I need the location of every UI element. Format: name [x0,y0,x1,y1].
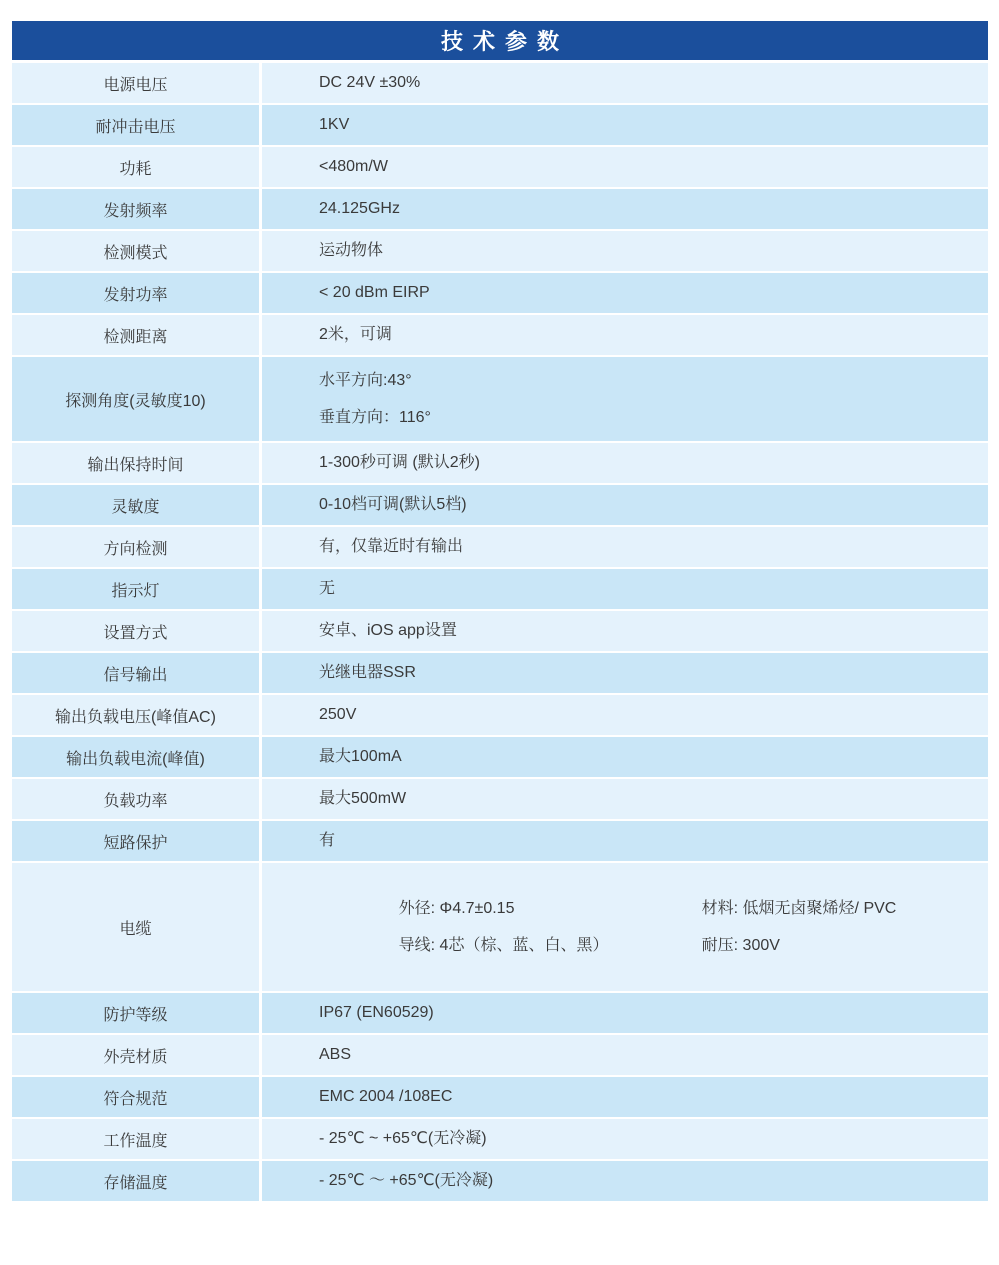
spec-row: 方向检测有，仅靠近时有输出 [12,527,988,569]
spec-value-line: 导线: 4芯（棕、蓝、白、黑） [399,936,702,956]
spec-value: 有 [262,821,988,861]
spec-label: 短路保护 [12,821,262,861]
spec-value: EMC 2004 /108EC [262,1077,988,1117]
spec-row: 符合规范EMC 2004 /108EC [12,1077,988,1119]
spec-row: 检测距离2米，可调 [12,315,988,357]
spec-label: 存储温度 [12,1161,262,1201]
spec-value-line: ABS [319,1045,976,1065]
spec-value-line: 垂直方向：116° [319,408,976,428]
spec-label: 输出保持时间 [12,443,262,483]
spec-row: 输出负载电压(峰值AC)250V [12,695,988,737]
spec-row: 短路保护有 [12,821,988,863]
spec-label: 检测距离 [12,315,262,355]
spec-value: - 25℃ ~ +65℃(无冷凝) [262,1119,988,1159]
spec-value: IP67 (EN60529) [262,993,988,1033]
spec-value: < 20 dBm EIRP [262,273,988,313]
spec-label: 电源电压 [12,63,262,103]
spec-row: 输出负载电流(峰值)最大100mA [12,737,988,779]
spec-row: 检测模式运动物体 [12,231,988,273]
spec-row: 设置方式安卓、iOS app设置 [12,611,988,653]
spec-row: 电缆外径: Φ4.7±0.15导线: 4芯（棕、蓝、白、黑）材料: 低烟无卤聚烯… [12,863,988,993]
page-title: 技术参数 [431,25,569,56]
spec-value-line: 有，仅靠近时有输出 [319,537,976,557]
spec-value: DC 24V ±30% [262,63,988,103]
spec-value: <480m/W [262,147,988,187]
spec-value-line: 耐压: 300V [702,936,897,956]
spec-row: 发射功率< 20 dBm EIRP [12,273,988,315]
spec-value-line: <480m/W [319,157,976,177]
spec-label: 功耗 [12,147,262,187]
spec-value: ABS [262,1035,988,1075]
spec-label: 工作温度 [12,1119,262,1159]
spec-label: 探测角度(灵敏度10) [12,357,262,441]
spec-value: 0-10档可调(默认5档) [262,485,988,525]
spec-label: 符合规范 [12,1077,262,1117]
spec-label: 发射功率 [12,273,262,313]
spec-value: 运动物体 [262,231,988,271]
spec-value-line: 1-300秒可调 (默认2秒) [319,453,976,473]
spec-value-line: EMC 2004 /108EC [319,1087,976,1107]
spec-table-body: 电源电压DC 24V ±30%耐冲击电压1KV功耗<480m/W发射频率24.1… [12,63,988,1203]
spec-value-line: 2米，可调 [319,325,976,345]
spec-value-column: 材料: 低烟无卤聚烯烃/ PVC耐压: 300V [702,899,897,956]
spec-value-line: 运动物体 [319,241,976,261]
spec-value-line: < 20 dBm EIRP [319,283,976,303]
spec-label: 输出负载电流(峰值) [12,737,262,777]
spec-value-line: 水平方向:43° [319,371,976,391]
spec-value: 安卓、iOS app设置 [262,611,988,651]
spec-label: 负载功率 [12,779,262,819]
spec-label: 输出负载电压(峰值AC) [12,695,262,735]
spec-value-line: 最大100mA [319,747,976,767]
spec-row: 耐冲击电压1KV [12,105,988,147]
spec-value-line: DC 24V ±30% [319,73,976,93]
spec-value-line: 最大500mW [319,789,976,809]
spec-value: - 25℃ ～ +65℃(无冷凝) [262,1161,988,1201]
spec-value-line: 250V [319,705,976,725]
spec-value-line: IP67 (EN60529) [319,1003,976,1023]
spec-value: 有，仅靠近时有输出 [262,527,988,567]
spec-label: 耐冲击电压 [12,105,262,145]
spec-value-column: 外径: Φ4.7±0.15导线: 4芯（棕、蓝、白、黑） [399,899,702,956]
spec-value-line: 无 [319,579,976,599]
spec-value-line: 光继电器SSR [319,663,976,683]
spec-label: 发射频率 [12,189,262,229]
spec-value: 光继电器SSR [262,653,988,693]
spec-row: 存储温度- 25℃ ～ +65℃(无冷凝) [12,1161,988,1203]
spec-value-line: 外径: Φ4.7±0.15 [399,899,702,919]
spec-label: 电缆 [12,863,262,991]
spec-value: 250V [262,695,988,735]
spec-row: 输出保持时间1-300秒可调 (默认2秒) [12,443,988,485]
spec-label: 灵敏度 [12,485,262,525]
spec-value: 2米，可调 [262,315,988,355]
spec-value: 1-300秒可调 (默认2秒) [262,443,988,483]
spec-label: 设置方式 [12,611,262,651]
spec-sheet: 技术参数 电源电压DC 24V ±30%耐冲击电压1KV功耗<480m/W发射频… [12,21,988,1203]
spec-row: 防护等级IP67 (EN60529) [12,993,988,1035]
spec-label: 防护等级 [12,993,262,1033]
spec-value: 24.125GHz [262,189,988,229]
spec-value-line: 材料: 低烟无卤聚烯烃/ PVC [702,899,897,919]
spec-value: 最大100mA [262,737,988,777]
spec-row: 指示灯无 [12,569,988,611]
spec-value: 无 [262,569,988,609]
table-header: 技术参数 [12,21,988,60]
spec-value-line: 安卓、iOS app设置 [319,621,976,641]
spec-label: 外壳材质 [12,1035,262,1075]
spec-value-line: 1KV [319,115,976,135]
spec-value-line: - 25℃ ～ +65℃(无冷凝) [319,1171,976,1191]
spec-value-line: 0-10档可调(默认5档) [319,495,976,515]
spec-row: 灵敏度0-10档可调(默认5档) [12,485,988,527]
spec-value: 外径: Φ4.7±0.15导线: 4芯（棕、蓝、白、黑）材料: 低烟无卤聚烯烃/… [262,863,988,991]
spec-label: 指示灯 [12,569,262,609]
spec-label: 检测模式 [12,231,262,271]
spec-value-line: 24.125GHz [319,199,976,219]
spec-value-line: 有 [319,831,976,851]
spec-value: 水平方向:43°垂直方向：116° [262,357,988,441]
spec-row: 探测角度(灵敏度10)水平方向:43°垂直方向：116° [12,357,988,443]
spec-value: 最大500mW [262,779,988,819]
spec-value: 1KV [262,105,988,145]
spec-row: 外壳材质ABS [12,1035,988,1077]
spec-row: 发射频率24.125GHz [12,189,988,231]
spec-row: 工作温度- 25℃ ~ +65℃(无冷凝) [12,1119,988,1161]
spec-row: 电源电压DC 24V ±30% [12,63,988,105]
spec-label: 方向检测 [12,527,262,567]
spec-value-line: - 25℃ ~ +65℃(无冷凝) [319,1129,976,1149]
spec-label: 信号输出 [12,653,262,693]
spec-row: 负载功率最大500mW [12,779,988,821]
spec-row: 功耗<480m/W [12,147,988,189]
spec-row: 信号输出光继电器SSR [12,653,988,695]
